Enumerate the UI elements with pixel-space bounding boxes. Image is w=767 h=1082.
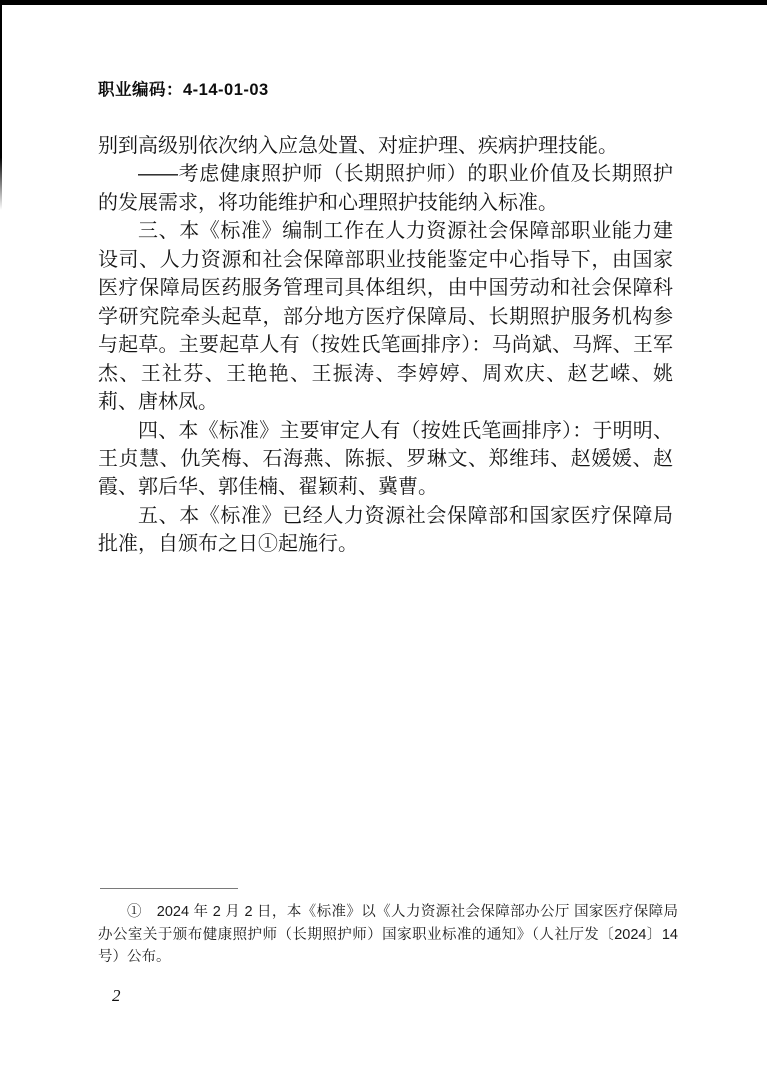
scan-edge-left	[0, 0, 2, 210]
footnote-separator	[100, 888, 238, 889]
document-page: 职业编码：4-14-01-03 别到高级别依次纳入应急处置、对症护理、疾病护理技…	[0, 0, 767, 1082]
page-number: 2	[112, 986, 121, 1006]
occupation-code: 职业编码：4-14-01-03	[98, 76, 269, 100]
body-paragraph: 别到高级别依次纳入应急处置、对症护理、疾病护理技能。	[98, 132, 673, 160]
document-body: 别到高级别依次纳入应急处置、对症护理、疾病护理技能。 ——考虑健康照护师（长期照…	[98, 132, 673, 559]
body-paragraph: 四、本《标准》主要审定人有（按姓氏笔画排序）：于明明、王贞慧、仇笑梅、石海燕、陈…	[98, 417, 673, 502]
body-paragraph: ——考虑健康照护师（长期照护师）的职业价值及长期照护的发展需求，将功能维护和心理…	[98, 160, 673, 217]
scan-edge-top	[0, 0, 767, 5]
footnote-text: ① 2024 年 2 月 2 日，本《标准》以《人力资源社会保障部办公厅 国家医…	[98, 901, 678, 969]
body-paragraph: 三、本《标准》编制工作在人力资源社会保障部职业能力建设司、人力资源和社会保障部职…	[98, 217, 673, 416]
body-paragraph: 五、本《标准》已经人力资源社会保障部和国家医疗保障局批准，自颁布之日①起施行。	[98, 502, 673, 559]
